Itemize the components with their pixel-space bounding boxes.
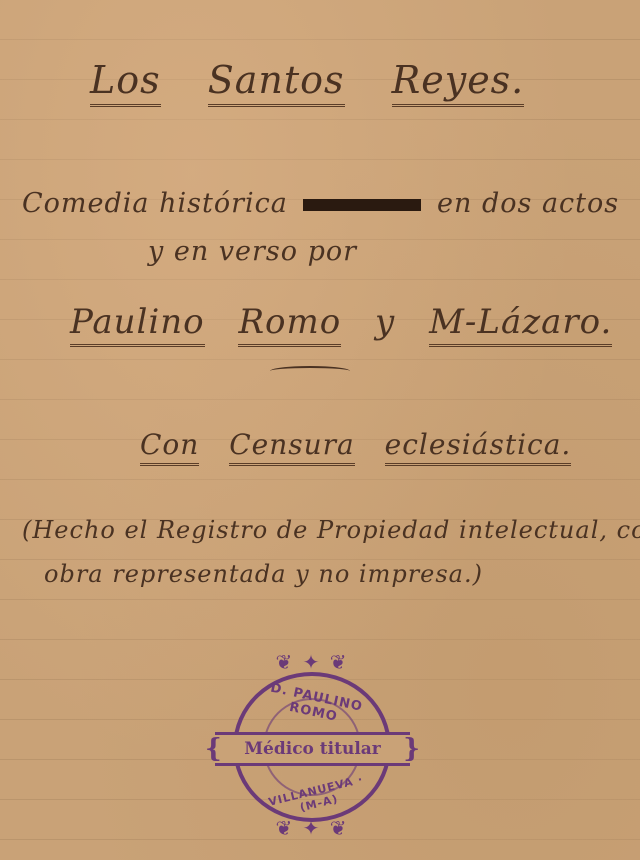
stamp-center-text: Médico titular [244, 739, 381, 759]
stamp-left-scroll-icon: { [205, 736, 222, 762]
stamp-banner: Médico titular [215, 732, 410, 766]
genre-text: Comedia histórica [22, 188, 288, 219]
title-word: Los [90, 58, 161, 107]
manuscript-page: Los Santos Reyes. Comedia histórica en d… [0, 0, 640, 860]
author-word: y [375, 302, 395, 342]
censorship-word: Censura [229, 428, 355, 466]
subtitle-line-2: y en verso por [148, 236, 357, 267]
registry-note-line-2: obra representada y no impresa.) [44, 560, 483, 588]
author-word: Paulino [70, 302, 205, 347]
play-title: Los Santos Reyes. [90, 58, 558, 102]
stamp-right-scroll-icon: } [403, 736, 420, 762]
flourish-underline [270, 366, 350, 376]
subtitle-line-1: Comedia histórica en dos actos [22, 188, 619, 219]
title-word: Santos [208, 58, 345, 107]
struck-out-word [303, 199, 421, 211]
censorship-word: eclesiástica. [385, 428, 572, 466]
author-word: M-Lázaro. [429, 302, 612, 347]
censorship-line: Con Censura eclesiástica. [140, 428, 591, 461]
stamp-crest-ornament: ❦ ✦ ❦ [267, 650, 357, 674]
censorship-word: Con [140, 428, 199, 466]
author-name: Paulino Romo y M-Lázaro. [70, 302, 634, 342]
acts-text: en dos actos [437, 188, 619, 219]
registry-note-line-1: (Hecho el Registro de Propiedad intelect… [22, 516, 640, 544]
author-word: Romo [238, 302, 341, 347]
title-word: Reyes. [392, 58, 525, 107]
doctor-stamp: ❦ ✦ ❦ D. PAULINO ROMO Médico titular { }… [205, 650, 420, 840]
stamp-bottom-ornament: ❦ ✦ ❦ [267, 816, 357, 840]
